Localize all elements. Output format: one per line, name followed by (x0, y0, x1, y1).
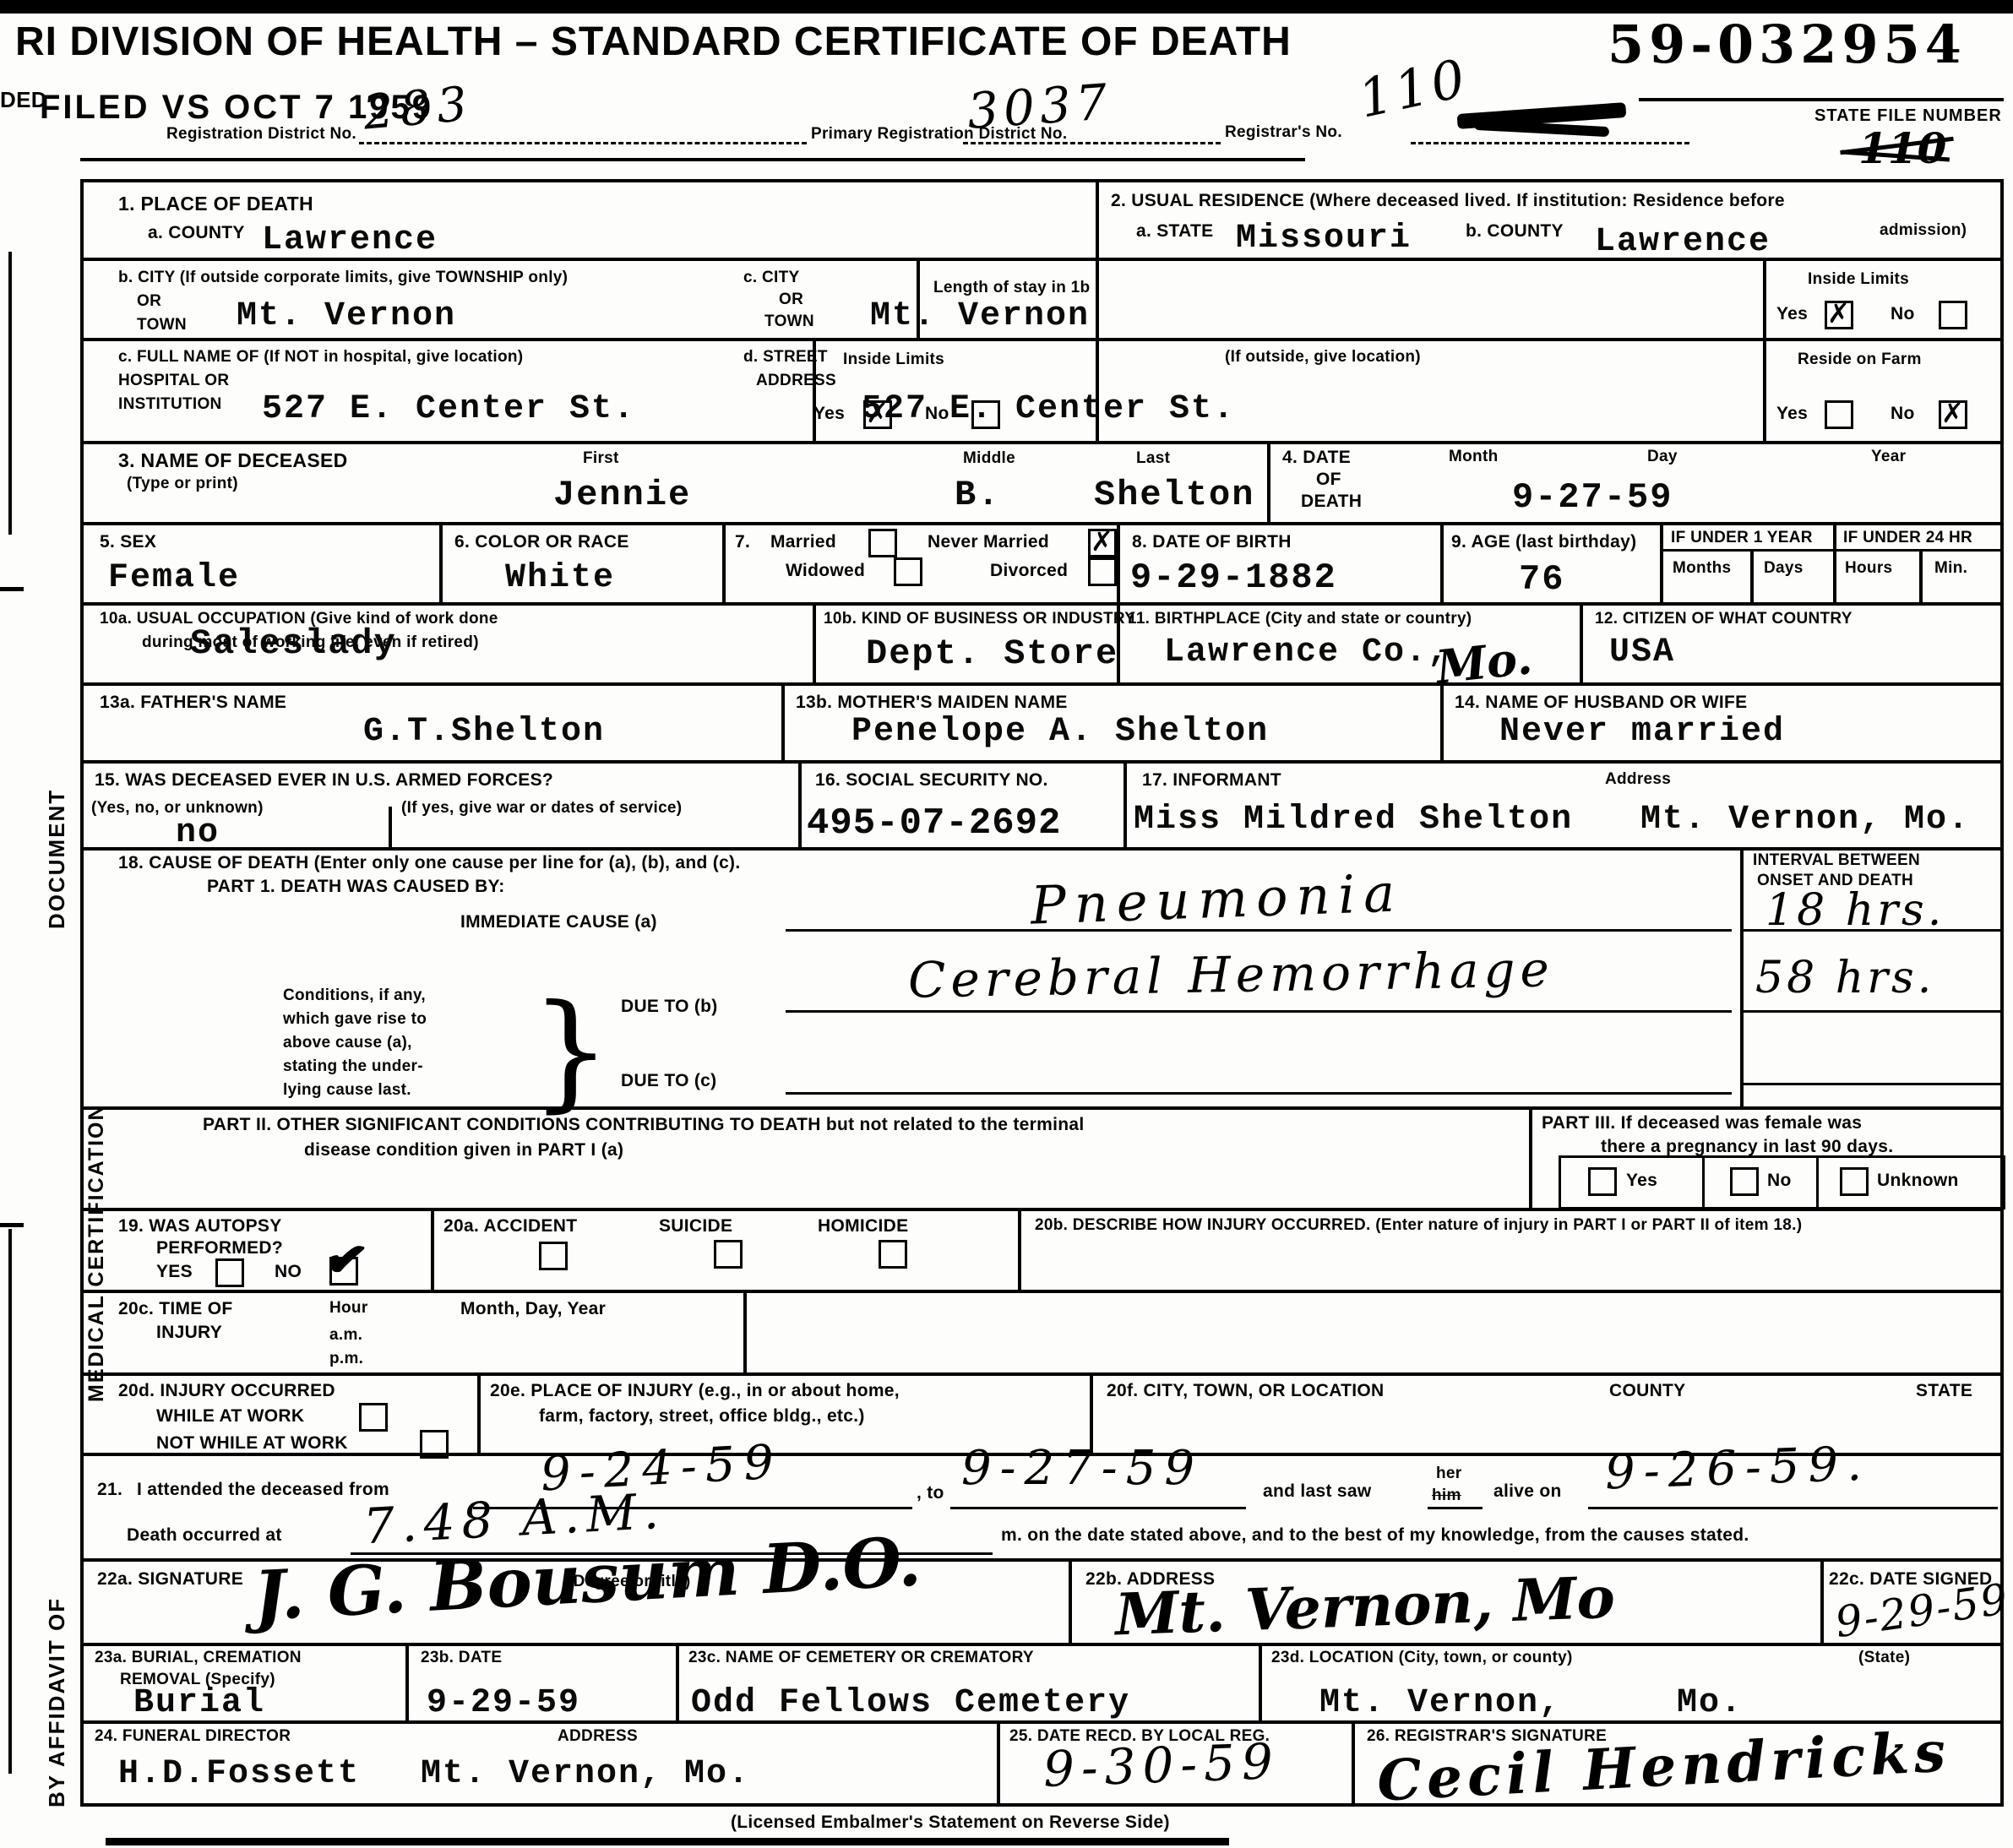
registrar-no-value: 110 (1353, 46, 1474, 130)
grid-line (676, 1643, 679, 1720)
autopsy-yes-label: YES (156, 1262, 193, 1282)
funeral-director-field: H.D.Fossett (118, 1755, 360, 1793)
conditions-note-line: lying cause last. (283, 1081, 411, 1100)
grid-line (1259, 1643, 1262, 1720)
scan-top-bar (0, 0, 2013, 14)
write-line (1411, 142, 1689, 144)
checkbox-residence-inside-limits-yes: ✗ (1825, 301, 1853, 329)
brace-glyph: } (530, 978, 611, 1125)
grid-line (80, 441, 2004, 444)
date-of-death-label-3: DEATH (1301, 492, 1362, 512)
grid-line (405, 1643, 409, 1720)
street-label-1: d. STREET (743, 348, 828, 367)
x-mark: ✗ (1941, 397, 1964, 429)
length-of-stay-label: Length of stay in 1b (933, 279, 1090, 297)
conditions-note-line: stating the under- (283, 1057, 423, 1076)
grid-line (1820, 1558, 1824, 1643)
grid-line (80, 1106, 2004, 1110)
checkbox-pregnancy-yes (1588, 1167, 1617, 1196)
checkbox-pregnancy-unknown (1840, 1167, 1869, 1196)
mother-name-field: Penelope A. Shelton (851, 713, 1269, 751)
street-note: (If outside, give location) (1225, 348, 1421, 367)
residence-city-label: c. CITY (743, 269, 800, 287)
not-while-at-work-label: NOT WHILE AT WORK (156, 1433, 348, 1454)
funeral-address-header: ADDRESS (558, 1727, 638, 1746)
divorced-label: Divorced (990, 561, 1068, 581)
grid-line (798, 760, 802, 847)
write-line (786, 1010, 1732, 1013)
due-to-c-label: DUE TO (c) (621, 1071, 716, 1091)
hospital-label-3: INSTITUTION (118, 395, 222, 414)
cemetery-field: Odd Fellows Cemetery (691, 1684, 1130, 1722)
am-label: a.m. (329, 1326, 362, 1345)
city-label: b. CITY (If outside corporate limits, gi… (118, 269, 568, 287)
date-of-death-label-2: OF (1316, 470, 1341, 490)
death-occurred-text-2: m. on the date stated above, and to the … (1001, 1525, 1749, 1546)
ssn-label: 16. SOCIAL SECURITY NO. (815, 770, 1048, 791)
burial-date-field: 9-29-59 (427, 1684, 580, 1722)
registration-district-label: Registration District No. (166, 125, 356, 144)
primary-district-value: 3037 (966, 73, 1114, 140)
write-line (1588, 1507, 1998, 1509)
her-label: her (1436, 1465, 1461, 1483)
street-label-2: ADDRESS (756, 372, 836, 390)
part2-label-line2: disease condition given in PART I (a) (304, 1140, 623, 1160)
grid-line (1816, 1155, 1819, 1207)
write-line (950, 1507, 1246, 1509)
interval-label-1: INTERVAL BETWEEN (1753, 851, 1920, 870)
ssn-field: 495-07-2692 (807, 802, 1061, 845)
race-label: 6. COLOR OR RACE (454, 532, 629, 552)
pregnancy-unknown-label: Unknown (1877, 1171, 1959, 1191)
grid-line (813, 602, 816, 682)
checkbox-accident (539, 1242, 568, 1270)
write-line (1744, 1083, 2000, 1085)
grid-line (1702, 1155, 1705, 1207)
last-name-header: Last (1136, 449, 1170, 468)
month-day-year-label: Month, Day, Year (460, 1299, 606, 1319)
injury-state-header: STATE (1916, 1381, 1972, 1401)
armed-forces-sub-2: (If yes, give war or dates of service) (401, 799, 682, 818)
state-file-number-value: 59-032954 (1608, 14, 1967, 75)
conditions-note-line: which gave rise to (283, 1010, 427, 1029)
burial-date-label: 23b. DATE (421, 1649, 502, 1667)
edge-text-fragment: DED (0, 87, 47, 113)
grid-line (1352, 1720, 1355, 1803)
residence-inside-limits-label: Inside Limits (1808, 270, 1909, 289)
part3-label-line2: there a pregnancy in last 90 days. (1601, 1137, 1893, 1157)
death-certificate-scan: RI DIVISION OF HEALTH – STANDARD CERTIFI… (0, 0, 2013, 1848)
informant-name-field: Miss Mildred Shelton (1134, 801, 1573, 839)
rule (80, 158, 1305, 161)
write-line (1744, 929, 2000, 932)
cemetery-location-label: 23d. LOCATION (City, town, or county) (1271, 1649, 1573, 1667)
race-field: White (505, 559, 615, 597)
burial-label-1: 23a. BURIAL, CREMATION (95, 1649, 302, 1667)
registration-district-value: 283 (361, 76, 476, 140)
write-line (359, 142, 807, 144)
deceased-name-sub-label: (Type or print) (127, 475, 238, 493)
suicide-label: SUICIDE (659, 1216, 732, 1237)
certificate-title: RI DIVISION OF HEALTH – STANDARD CERTIFI… (15, 19, 1292, 65)
grid-line (477, 1372, 481, 1453)
farm-yes-label: Yes (1776, 404, 1808, 424)
city-field: Mt. Vernon (237, 297, 456, 335)
describe-injury-label: 20b. DESCRIBE HOW INJURY OCCURRED. (Ente… (1035, 1216, 1802, 1235)
date-of-birth-label: 8. DATE OF BIRTH (1132, 532, 1292, 552)
last-seen-field: 9-26-59. (1604, 1437, 1871, 1501)
residence-state-label: a. STATE (1136, 221, 1213, 242)
part3-label-line1: PART III. If deceased was female was (1542, 1113, 1862, 1133)
attended-to-field: 9-27-59 (961, 1441, 1203, 1496)
grid-line (1763, 258, 1766, 441)
county-field: Lawrence (262, 221, 438, 259)
cemetery-location-state-header: (State) (1858, 1649, 1910, 1667)
first-name-field: Jennie (553, 475, 691, 515)
check-mark: ✔ (321, 1228, 372, 1292)
due-to-b-label: DUE TO (b) (621, 997, 718, 1017)
grid-line (389, 807, 392, 847)
grid-line (743, 1290, 747, 1372)
year-header: Year (1871, 448, 1906, 466)
him-label-crossed: him (1432, 1487, 1461, 1505)
middle-name-field: B. (955, 475, 1000, 515)
checkbox-pregnancy-no (1730, 1167, 1759, 1196)
checkbox-autopsy-yes (215, 1258, 244, 1287)
months-header: Months (1673, 559, 1731, 578)
inside-limits-yes-label: Yes (1776, 304, 1808, 324)
immediate-cause-label: IMMEDIATE CAUSE (a) (460, 912, 657, 932)
first-name-header: First (583, 449, 619, 468)
write-line (963, 142, 1221, 144)
attended-text-2: and last saw (1263, 1481, 1371, 1502)
grid-line (1069, 1558, 1072, 1643)
grid-line (1919, 552, 1923, 602)
hospital-label-2: HOSPITAL OR (118, 372, 229, 390)
date-received-field: 9-30-59 (1042, 1732, 1281, 1798)
grid-line (1660, 549, 2004, 552)
occupation-field: Saleslady (190, 623, 397, 664)
accident-label: 20a. ACCIDENT (443, 1216, 577, 1237)
hour-label: Hour (329, 1299, 368, 1318)
day-header: Day (1647, 448, 1678, 466)
business-label: 10b. KIND OF BUSINESS OR INDUSTRY (824, 610, 1135, 628)
grid-line (80, 760, 2004, 764)
interval-a-field: 18 hrs. (1765, 885, 1945, 936)
grid-line (1833, 522, 1836, 602)
citizen-label: 12. CITIZEN OF WHAT COUNTRY (1595, 610, 1853, 628)
scan-bottom-bar (106, 1838, 1229, 1845)
time-of-injury-label-1: 20c. TIME OF (118, 1299, 232, 1319)
grid-line (1123, 760, 1127, 847)
residence-city-field: Mt. Vernon (870, 297, 1090, 335)
grid-line (1440, 522, 1444, 602)
county-label: a. COUNTY (148, 223, 245, 243)
deceased-name-label: 3. NAME OF DECEASED (118, 449, 348, 472)
grid-line (1660, 522, 1663, 602)
x-mark: ✗ (1827, 297, 1850, 329)
attended-text-1: I attended the deceased from (137, 1480, 389, 1500)
residence-state-field: Missouri (1236, 220, 1412, 258)
death-occurred-text: Death occurred at (127, 1525, 282, 1546)
attended-text-3: alive on (1493, 1481, 1562, 1502)
min-header: Min. (1934, 559, 1967, 578)
checkbox-widowed (894, 557, 922, 586)
father-name-field: G.T.Shelton (363, 713, 605, 751)
checkbox-farm-no: ✗ (1939, 400, 1967, 429)
checkbox-suicide (714, 1240, 743, 1269)
residence-section-label: 2. USUAL RESIDENCE (Where deceased lived… (1111, 191, 1785, 211)
never-married-label: Never Married (928, 532, 1049, 552)
write-line (786, 1092, 1732, 1095)
autopsy-no-label: NO (275, 1262, 302, 1282)
birthplace-state-handwritten: Mo. (1434, 630, 1535, 694)
attended-number: 21. (97, 1480, 122, 1500)
checkbox-never-married: ✗ (1088, 529, 1117, 557)
informant-address-header: Address (1605, 770, 1671, 789)
hospital-field: 527 E. Center St. (262, 390, 635, 428)
while-at-work-label: WHILE AT WORK (156, 1406, 304, 1427)
city-town-label: TOWN (137, 316, 187, 334)
conditions-note-line: above cause (a), (283, 1034, 412, 1052)
autopsy-label-1: 19. WAS AUTOPSY (118, 1216, 282, 1237)
side-label-document: DOCUMENT (44, 760, 70, 929)
injury-occurred-label: 20d. INJURY OCCURRED (118, 1381, 335, 1401)
place-of-injury-label-1: 20e. PLACE OF INJURY (e.g., in or about … (490, 1381, 900, 1401)
injury-city-label: 20f. CITY, TOWN, OR LOCATION (1107, 1381, 1384, 1401)
father-name-label: 13a. FATHER'S NAME (100, 693, 286, 713)
margin-rule (8, 1229, 12, 1774)
checkbox-autopsy-no: ✔ (329, 1257, 358, 1285)
place-of-injury-label-2: farm, factory, street, office bldg., etc… (539, 1406, 865, 1427)
margin-rule (8, 252, 12, 535)
cause-of-death-label: 18. CAUSE OF DEATH (Enter only one cause… (118, 853, 740, 873)
grid-line (80, 338, 2004, 341)
reside-on-farm-label: Reside on Farm (1798, 351, 1922, 369)
last-name-field: Shelton (1094, 475, 1254, 515)
grid-line (1740, 847, 1744, 1106)
place-inside-limits-yes-label: Yes (813, 404, 845, 424)
residence-county-label: b. COUNTY (1466, 221, 1564, 242)
checkbox-married (868, 529, 897, 557)
days-header: Days (1764, 559, 1804, 578)
grid-line (80, 1290, 2004, 1293)
residence-section-label-2: admission) (1880, 221, 1967, 240)
checkbox-not-while-at-work (420, 1430, 449, 1459)
date-of-birth-field: 9-29-1882 (1130, 557, 1337, 598)
interval-b-field: 58 hrs. (1755, 953, 1934, 1003)
grid-line (80, 1643, 2004, 1646)
farm-no-label: No (1891, 404, 1915, 424)
age-field: 76 (1519, 559, 1564, 600)
cemetery-label: 23c. NAME OF CEMETERY OR CREMATORY (688, 1649, 1034, 1667)
if-under-24-hr-header: IF UNDER 24 HR (1843, 529, 1972, 547)
grid-line (80, 682, 2004, 686)
armed-forces-field: no (176, 814, 220, 852)
residence-city-town-label: TOWN (764, 313, 814, 331)
street-field: 527 E. Center St. (862, 390, 1235, 428)
birthplace-field: Lawrence Co., (1164, 633, 1450, 671)
pregnancy-no-label: No (1767, 1171, 1792, 1191)
sex-field: Female (108, 559, 240, 597)
grid-line (722, 522, 726, 602)
signature-label: 22a. SIGNATURE (97, 1569, 243, 1590)
spouse-field: Never married (1499, 713, 1785, 751)
checkbox-homicide (879, 1240, 907, 1269)
month-header: Month (1449, 448, 1498, 466)
margin-tick (0, 1223, 24, 1227)
married-label: Married (770, 532, 836, 552)
grid-line (1018, 1208, 1021, 1290)
attended-to-label: , to (917, 1483, 944, 1503)
grid-line (997, 1720, 1000, 1803)
autopsy-label-2: PERFORMED? (156, 1238, 283, 1258)
time-of-injury-label-2: INJURY (156, 1323, 222, 1343)
due-to-b-field: Cerebral Hemorrhage (907, 940, 1554, 1008)
embalmer-note: (Licensed Embalmer's Statement on Revers… (731, 1813, 1170, 1833)
grid-line (80, 1372, 2004, 1376)
residence-city-or-label: OR (779, 291, 803, 309)
checkbox-farm-yes (1825, 400, 1853, 429)
write-line (1744, 1010, 2000, 1013)
registrar-no-label: Registrar's No. (1225, 123, 1342, 142)
funeral-address-field: Mt. Vernon, Mo. (421, 1755, 750, 1793)
birthplace-label: 11. BIRTHPLACE (City and state or countr… (1128, 610, 1472, 628)
grid-line (431, 1208, 434, 1290)
sex-label: 5. SEX (100, 532, 156, 552)
conditions-note-line: Conditions, if any, (283, 987, 426, 1005)
injury-county-header: COUNTY (1609, 1381, 1685, 1401)
if-under-1-year-header: IF UNDER 1 YEAR (1671, 529, 1813, 547)
checkbox-divorced (1088, 557, 1117, 586)
cemetery-location-state-field: Mo. (1677, 1684, 1743, 1722)
grid-line (1580, 602, 1583, 682)
side-label-by-affidavit-of: BY AFFIDAVIT OF (44, 1546, 70, 1807)
checkbox-residence-inside-limits-no (1939, 301, 1967, 329)
widowed-label: Widowed (786, 561, 865, 581)
informant-address-field: Mt. Vernon, Mo. (1640, 801, 1970, 839)
margin-tick (0, 587, 24, 591)
pm-label: p.m. (329, 1350, 363, 1368)
mother-name-label: 13b. MOTHER'S MAIDEN NAME (796, 693, 1068, 713)
pregnancy-yes-label: Yes (1626, 1171, 1657, 1191)
hospital-label-1: c. FULL NAME OF (If NOT in hospital, giv… (118, 348, 523, 367)
grid-line (1750, 552, 1754, 602)
part1-label: PART 1. DEATH WAS CAUSED BY: (207, 877, 505, 897)
immediate-cause-field: Pneumonia (1030, 861, 1404, 936)
hours-header: Hours (1845, 559, 1892, 578)
homicide-label: HOMICIDE (818, 1216, 908, 1237)
place-of-death-section-label: 1. PLACE OF DEATH (118, 193, 313, 215)
residence-county-field: Lawrence (1595, 223, 1771, 261)
date-of-death-label-1: 4. DATE (1282, 448, 1351, 468)
armed-forces-label: 15. WAS DECEASED EVER IN U.S. ARMED FORC… (95, 770, 553, 791)
grid-line (80, 847, 2004, 851)
inside-limits-no-label: No (1891, 304, 1915, 324)
spouse-label: 14. NAME OF HUSBAND OR WIFE (1455, 693, 1747, 713)
part2-label-line1: PART II. OTHER SIGNIFICANT CONDITIONS CO… (203, 1115, 1084, 1135)
business-field: Dept. Store (866, 633, 1118, 674)
date-of-death-field: 9-27-59 (1512, 477, 1673, 518)
place-inside-limits-label: Inside Limits (843, 351, 944, 369)
city-or-label: OR (137, 292, 161, 311)
burial-field: Burial (133, 1684, 265, 1722)
middle-name-header: Middle (963, 449, 1015, 468)
grid-line (1529, 1106, 1532, 1208)
funeral-director-label: 24. FUNERAL DIRECTOR (95, 1727, 291, 1746)
citizen-field: USA (1609, 633, 1675, 671)
marital-number-label: 7. (735, 532, 750, 552)
cemetery-location-city-field: Mt. Vernon, (1319, 1684, 1561, 1722)
grid-line (1267, 441, 1270, 522)
write-line (786, 929, 1732, 932)
grid-line (80, 602, 2004, 606)
rule (1639, 98, 2004, 101)
checkbox-while-at-work (359, 1403, 388, 1432)
informant-label: 17. INFORMANT (1142, 770, 1281, 791)
write-line (1428, 1507, 1483, 1509)
x-mark: ✗ (1091, 525, 1113, 557)
grid-line (1440, 682, 1444, 760)
grid-line (781, 682, 785, 760)
age-label: 9. AGE (last birthday) (1451, 532, 1636, 552)
grid-line (439, 522, 443, 602)
grid-line (80, 522, 2004, 525)
